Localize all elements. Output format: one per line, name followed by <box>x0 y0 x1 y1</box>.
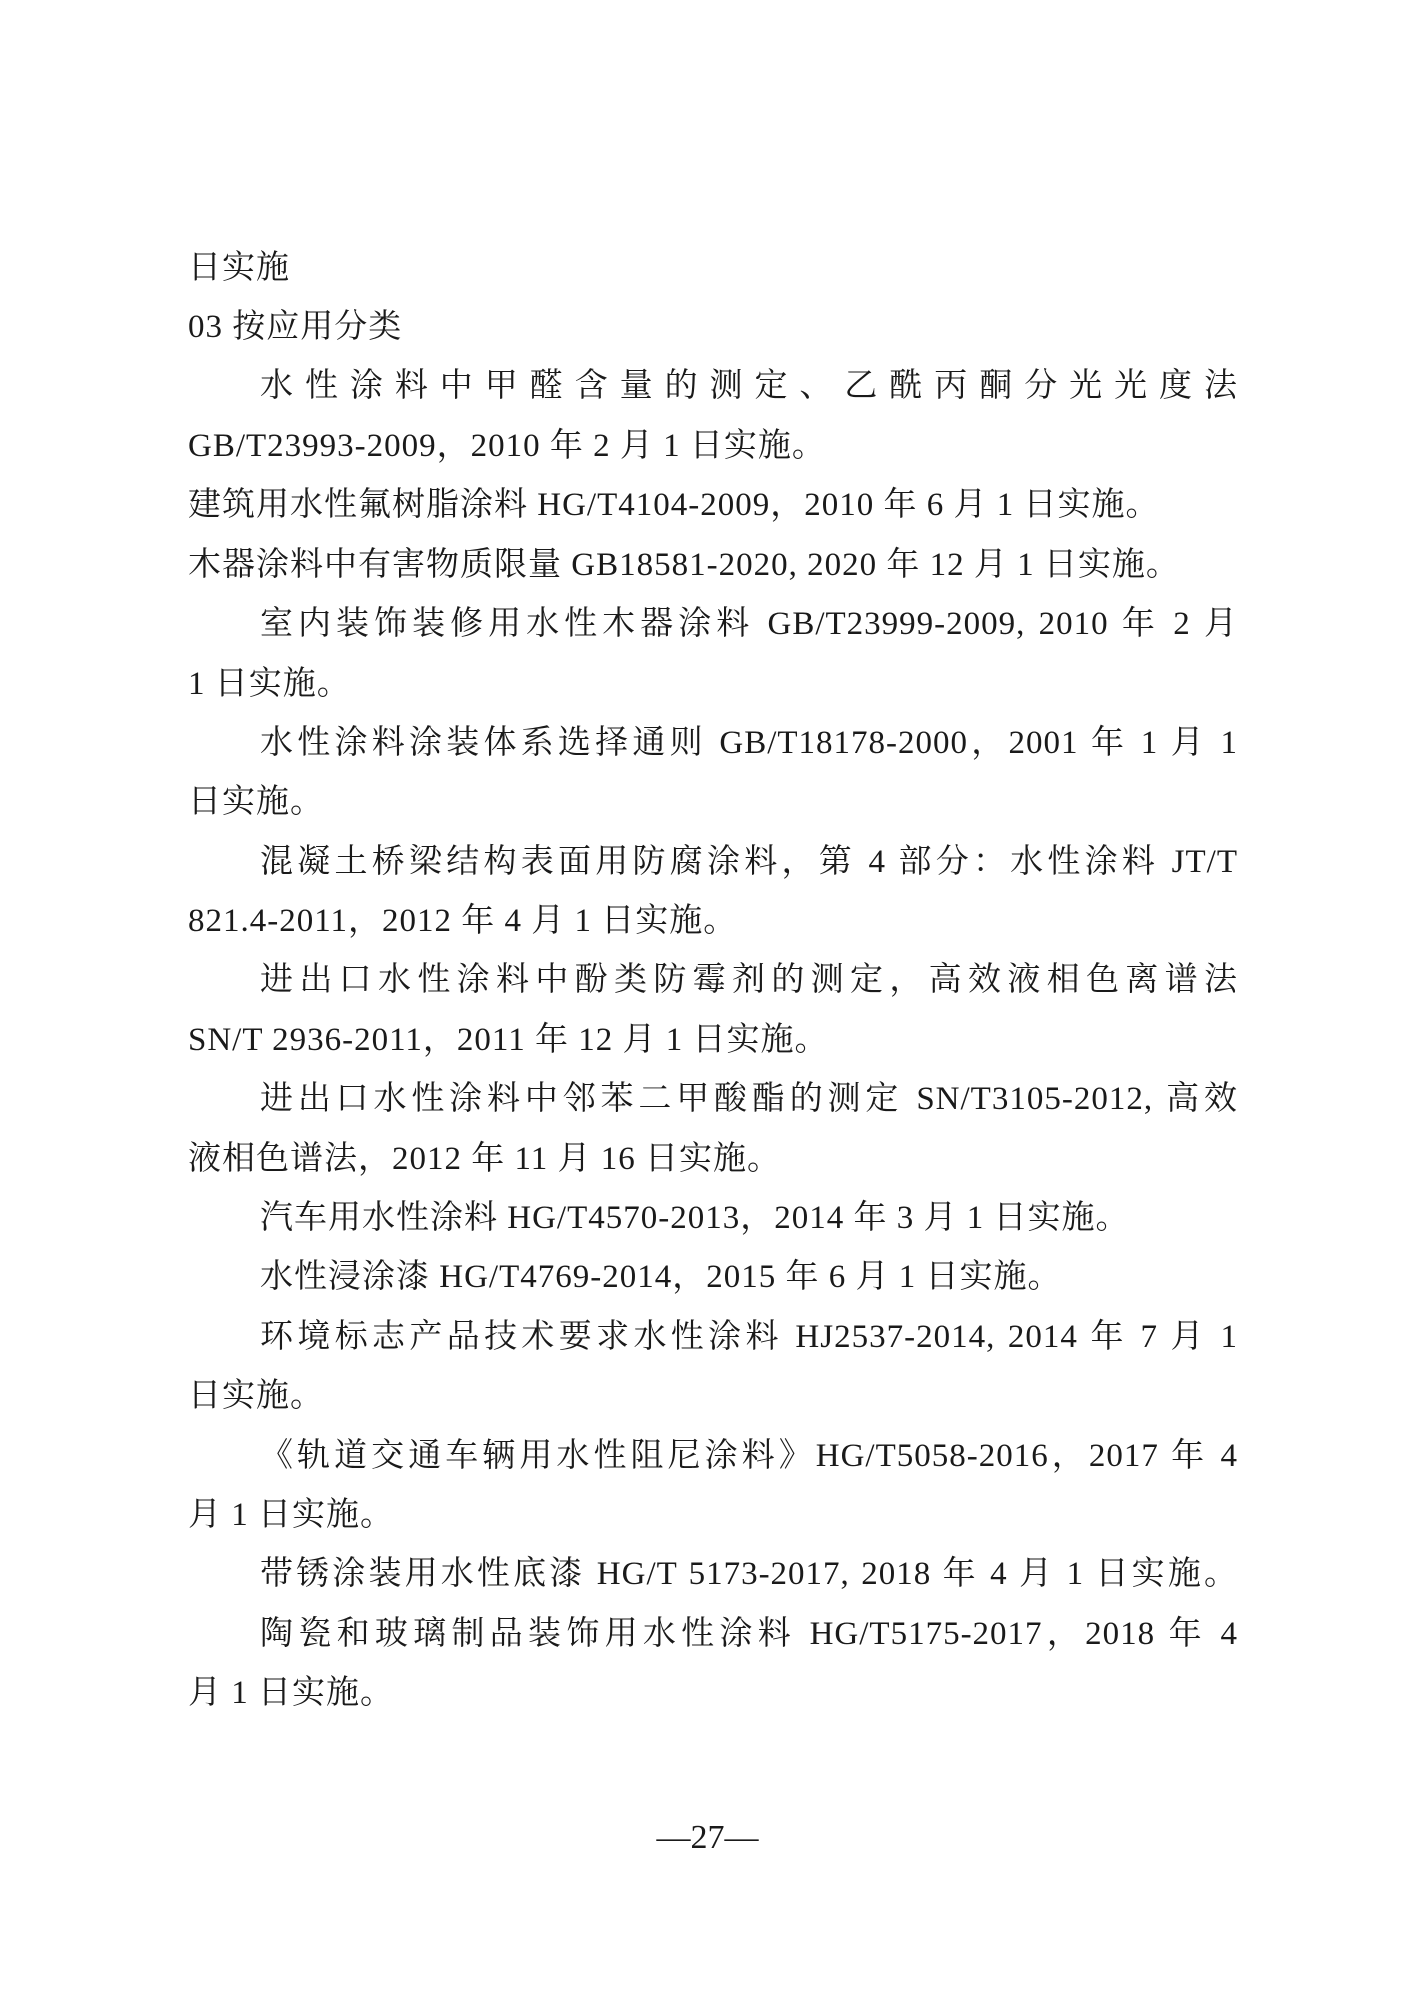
page-number: —27— <box>0 1818 1415 1858</box>
paragraph-first-line: 带锈涂装用水性底漆 HG/T 5173-2017, 2018 年 4 月 1 日… <box>260 1554 1238 1594</box>
text-line: 日实施 <box>188 248 290 288</box>
text-line: GB/T23993-2009，2010 年 2 月 1 日实施。 <box>188 426 826 466</box>
paragraph-first-line: 陶瓷和玻璃制品装饰用水性涂料 HG/T5175-2017，2018 年 4 <box>260 1614 1238 1654</box>
paragraph-first-line: 混凝土桥梁结构表面用防腐涂料，第 4 部分：水性涂料 JT/T <box>260 842 1238 882</box>
paragraph-first-line: 环境标志产品技术要求水性涂料 HJ2537-2014, 2014 年 7 月 1 <box>260 1317 1238 1357</box>
paragraph-first-line: 室内装饰装修用水性木器涂料 GB/T23999-2009, 2010 年 2 月 <box>260 604 1238 644</box>
paragraph-first-line: 水性浸涂漆 HG/T4769-2014，2015 年 6 月 1 日实施。 <box>260 1257 1061 1297</box>
text-line: 日实施。 <box>188 1376 324 1416</box>
paragraph-first-line: 水性涂料中甲醛含量的测定、乙酰丙酮分光光度法 <box>260 366 1238 406</box>
text-line: 03 按应用分类 <box>188 307 402 347</box>
paragraph-first-line: 进出口水性涂料中邻苯二甲酸酯的测定 SN/T3105-2012, 高效 <box>260 1079 1238 1119</box>
text-line: 建筑用水性氟树脂涂料 HG/T4104-2009，2010 年 6 月 1 日实… <box>188 485 1159 525</box>
text-line: 日实施。 <box>188 782 324 822</box>
text-line: 月 1 日实施。 <box>188 1673 394 1713</box>
text-line: 月 1 日实施。 <box>188 1495 394 1535</box>
text-line: 木器涂料中有害物质限量 GB18581-2020, 2020 年 12 月 1 … <box>188 545 1180 585</box>
text-line: SN/T 2936-2011，2011 年 12 月 1 日实施。 <box>188 1020 828 1060</box>
paragraph-first-line: 进出口水性涂料中酚类防霉剂的测定，高效液相色离谱法 <box>260 960 1238 1000</box>
text-line: 液相色谱法，2012 年 11 月 16 日实施。 <box>188 1139 781 1179</box>
paragraph-first-line: 水性涂料涂装体系选择通则 GB/T18178-2000，2001 年 1 月 1 <box>260 723 1238 763</box>
document-page: 日实施03 按应用分类水性涂料中甲醛含量的测定、乙酰丙酮分光光度法GB/T239… <box>0 0 1415 2000</box>
text-line: 1 日实施。 <box>188 664 351 704</box>
paragraph-first-line: 汽车用水性涂料 HG/T4570-2013，2014 年 3 月 1 日实施。 <box>260 1198 1129 1238</box>
paragraph-first-line: 《轨道交通车辆用水性阻尼涂料》HG/T5058-2016，2017 年 4 <box>260 1436 1238 1476</box>
text-line: 821.4-2011，2012 年 4 月 1 日实施。 <box>188 901 737 941</box>
